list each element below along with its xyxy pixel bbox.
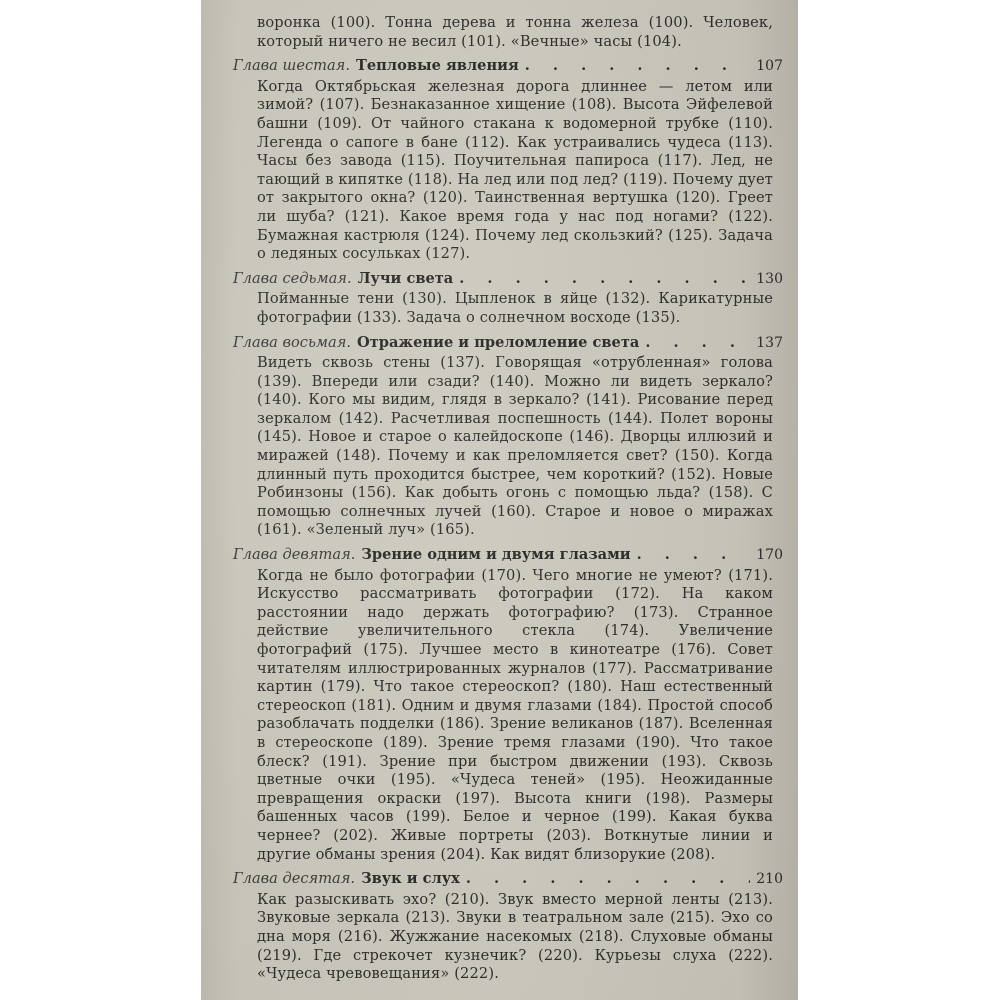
chapter-heading-6: Глава шестая. Тепловые явления 107 <box>233 57 773 76</box>
chapter-title: Отражение и преломление света <box>357 334 639 353</box>
chapter-page-number: 137 <box>756 334 783 353</box>
chapter-label: Глава седьмая. <box>233 270 352 289</box>
chapter-contents-8: Видеть сквозь стены (137). Говорящая «от… <box>233 354 773 540</box>
table-of-contents: воронка (100). Тонна дерева и тонна желе… <box>233 14 773 990</box>
chapter-heading-7: Глава седьмая. Лучи света 130 <box>233 270 773 289</box>
chapter-page-number: 210 <box>756 870 783 889</box>
chapter-contents-10: Как разыскивать эхо? (210). Звук вместо … <box>233 891 773 984</box>
book-page: воронка (100). Тонна дерева и тонна желе… <box>201 0 798 1000</box>
chapter-title: Лучи света <box>358 270 454 289</box>
chapter-contents-7: Пойманные тени (130). Цыпленок в яйце (1… <box>233 290 773 327</box>
leader-dots <box>637 546 751 565</box>
chapter-contents-9: Когда не было фотографии (170). Чего мно… <box>233 567 773 865</box>
chapter-page-number: 170 <box>756 546 783 565</box>
leader-dots <box>525 57 751 76</box>
chapter-heading-9: Глава девятая. Зрение одним и двумя глаз… <box>233 546 773 565</box>
chapter-heading-10: Глава десятая. Звук и слух 210 <box>233 870 773 889</box>
chapter-label: Глава восьмая. <box>233 334 351 353</box>
chapter-label: Глава девятая. <box>233 546 355 565</box>
leader-dots <box>466 870 750 889</box>
chapter-page-number: 130 <box>756 270 783 289</box>
chapter-title: Зрение одним и двумя глазами <box>361 546 630 565</box>
chapter-label: Глава десятая. <box>233 870 355 889</box>
chapter-page-number: 107 <box>756 57 783 76</box>
chapter-title: Звук и слух <box>361 870 460 889</box>
leader-dots <box>459 270 750 289</box>
intro-paragraph: воронка (100). Тонна дерева и тонна желе… <box>233 14 773 51</box>
chapter-contents-6: Когда Октябрьская железная дорога длинне… <box>233 78 773 264</box>
chapter-heading-8: Глава восьмая. Отражение и преломление с… <box>233 334 773 353</box>
chapter-title: Тепловые явления <box>356 57 519 76</box>
leader-dots <box>645 334 750 353</box>
chapter-label: Глава шестая. <box>233 57 350 76</box>
